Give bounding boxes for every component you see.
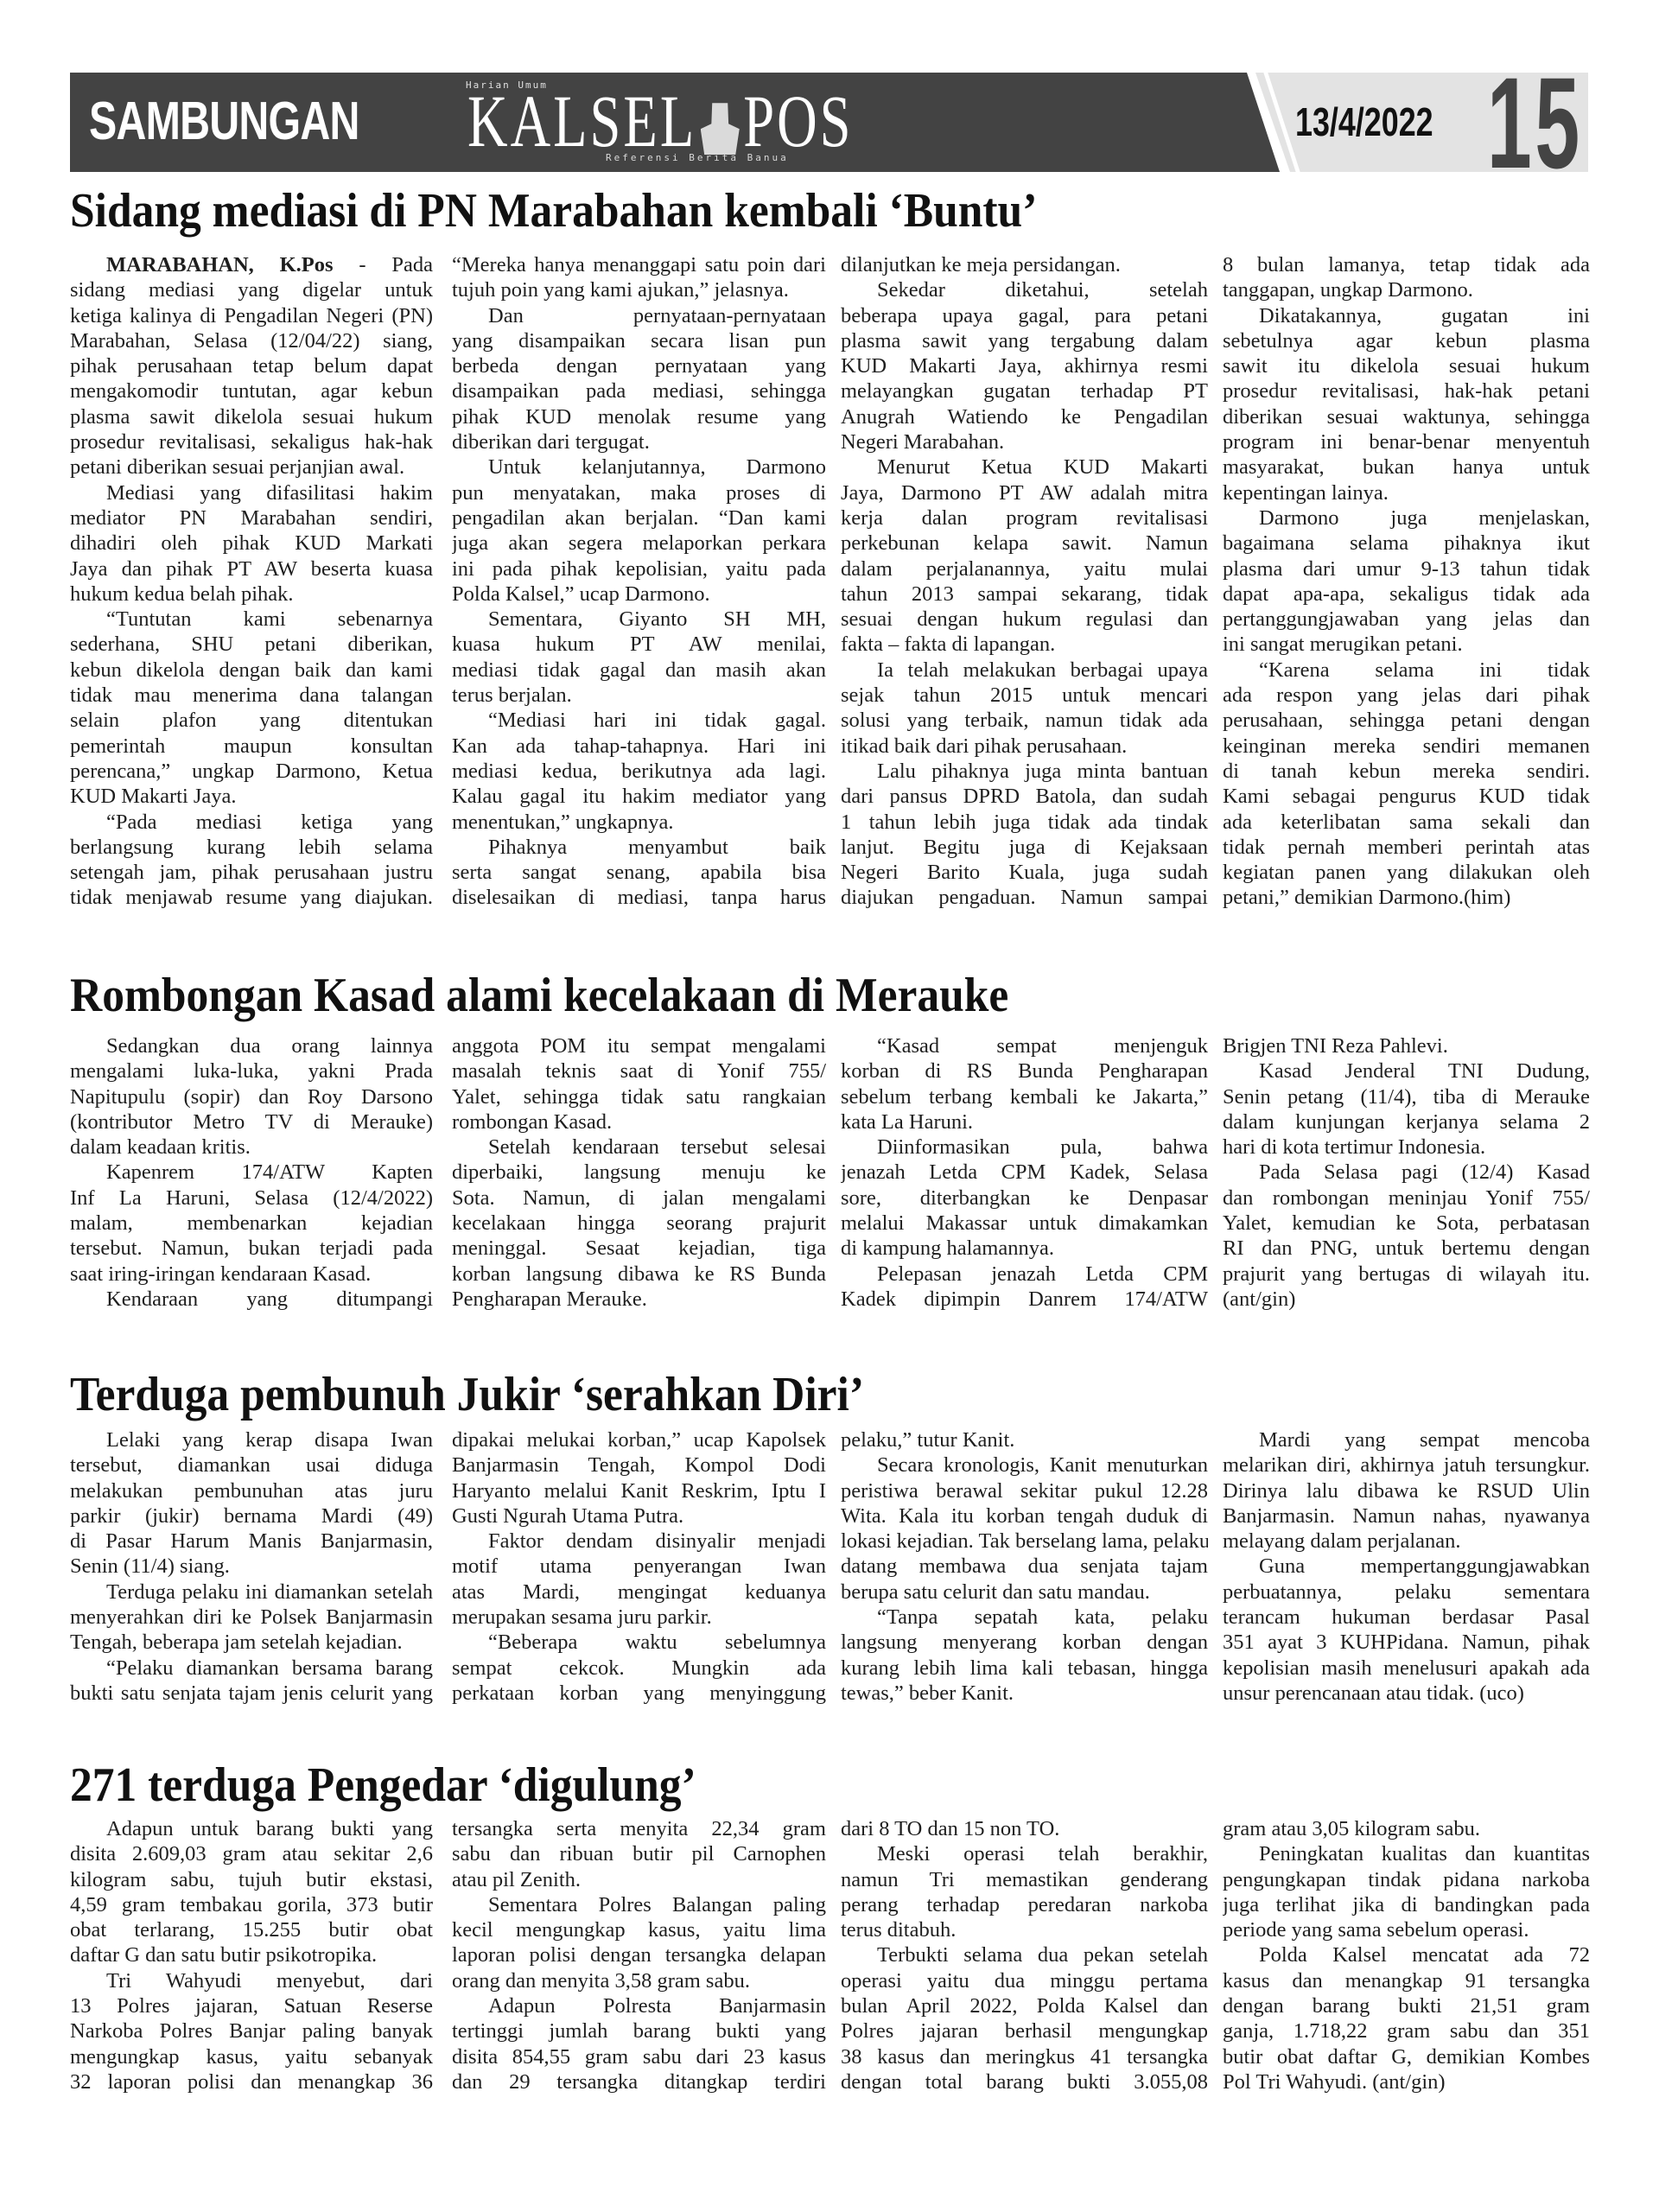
text-line: yang disampaikan secara lisan pun (452, 328, 826, 353)
text-line: unsur perencanaan atau tidak. (uco) (1223, 1681, 1590, 1706)
text-line: “Karena selama ini tidak (1223, 658, 1590, 683)
article-column: tersangka serta menyita 22,34 gramsabu d… (452, 1816, 826, 2094)
text-line: mengungkap kasus, yaitu sebanyak (70, 2044, 433, 2069)
text-line: ketiga kalinya di Pengadilan Negeri (PN) (70, 303, 433, 328)
text-line: ini pada pihak kepolisian, yaitu pada (452, 556, 826, 582)
text-line: Negeri Barito Kuala, juga sudah (841, 860, 1208, 885)
text-line: Kasad Jenderal TNI Dudung, (1223, 1058, 1590, 1084)
text-line: datang membawa dua senjata tajam (841, 1554, 1208, 1579)
text-line: kepolisian masih menelusuri apakah ada (1223, 1656, 1590, 1681)
article-column: anggota POM itu sempat mengalamimasalah … (452, 1033, 826, 1312)
text-line: Mediasi yang difasilitasi hakim (70, 480, 433, 505)
text-line: 32 laporan polisi dan menangkap 36 (70, 2069, 433, 2094)
text-line: Polda Kalsel mencatat ada 72 (1223, 1942, 1590, 1967)
text-line: 8 bulan lamanya, tetap tidak ada (1223, 252, 1590, 277)
text-line: Tri Wahyudi menyebut, dari (70, 1968, 433, 1993)
text-line: pihak perusahaan tetap belum dapat (70, 353, 433, 378)
text-line: Pihaknya menyambut baik (452, 835, 826, 860)
text-line: Menurut Ketua KUD Makarti (841, 454, 1208, 480)
text-line: Polres jajaran berhasil mengungkap (841, 2018, 1208, 2044)
text-line: butir obat daftar G, demikian Kombes (1223, 2044, 1590, 2069)
text-line: Banjarmasin Tengah, Kompol Dodi (452, 1452, 826, 1478)
text-line: ganja, 1.718,22 gram sabu dan 351 (1223, 2018, 1590, 2044)
article-column: Lelaki yang kerap disapa Iwantersebut, d… (70, 1427, 433, 1706)
text-line: perencana,” ungkap Darmono, Ketua (70, 759, 433, 784)
text-line: dihadiri oleh pihak KUD Markati (70, 531, 433, 556)
text-line: dari 8 TO dan 15 non TO. (841, 1816, 1208, 1841)
text-line: Guna mempertanggungjawabkan (1223, 1554, 1590, 1579)
text-line: peristiwa berawal sekitar pukul 12.28 (841, 1478, 1208, 1503)
text-line: Ia telah melakukan berbagai upaya (841, 658, 1208, 683)
text-line: kata La Haruni. (841, 1109, 1208, 1135)
text-line: perusahaan, sehingga petani dengan (1223, 708, 1590, 733)
text-line: Terbukti selama dua pekan setelah (841, 1942, 1208, 1967)
text-line: tidak mau menerima dana talangan (70, 683, 433, 708)
text-line: Marabahan, Selasa (12/04/22) siang, (70, 328, 433, 353)
text-line: (kontributor Metro TV di Merauke) (70, 1109, 433, 1135)
article-column: pelaku,” tutur Kanit.Secara kronologis, … (841, 1427, 1208, 1706)
text-line: lokasi kejadian. Tak berselang lama, pel… (841, 1529, 1208, 1554)
text-line: obat terlarang, 15.255 butir obat (70, 1917, 433, 1942)
text-line: Inf La Haruni, Selasa (12/4/2022) (70, 1185, 433, 1211)
text-line: melayangkan gugatan terhadap PT (841, 378, 1208, 404)
text-line: disampaikan pada mediasi, sehingga (452, 378, 826, 404)
text-line: kepentingan lainya. (1223, 480, 1590, 505)
logo-tagline-top: Harian Umum (466, 79, 548, 91)
text-line: tahun 2013 sampai sekarang, tidak (841, 582, 1208, 607)
text-line: Pada Selasa pagi (12/4) Kasad (1223, 1160, 1590, 1185)
text-line: Sekedar diketahui, setelah (841, 277, 1208, 302)
text-line: dengan barang bukti 21,51 gram (1223, 1993, 1590, 2018)
text-line: Anugrah Watiendo ke Pengadilan (841, 404, 1208, 429)
text-line: laporan polisi dengan tersangka delapan (452, 1942, 826, 1967)
text-line: fakta – fakta di lapangan. (841, 632, 1208, 657)
text-line: terancam hukuman berdasar Pasal (1223, 1605, 1590, 1630)
text-line: Sementara Polres Balangan paling (452, 1892, 826, 1917)
text-line: KUD Makarti Jaya. (70, 784, 433, 809)
text-line: Meski operasi telah berakhir, (841, 1841, 1208, 1866)
text-line: MARABAHAN, K.Pos - Pada (70, 252, 433, 277)
text-line: petani,” demikian Darmono.(him) (1223, 885, 1590, 910)
text-line: “Pada mediasi ketiga yang (70, 810, 433, 835)
article-column: dari 8 TO dan 15 non TO.Meski operasi te… (841, 1816, 1208, 2094)
article-headline: 271 terduga Pengedar ‘digulung’ (70, 1758, 696, 1813)
text-line: Sota. Namun, di jalan mengalami (452, 1185, 826, 1211)
newspaper-logo: KALSELPOS Harian Umum Referensi Berita B… (277, 73, 882, 172)
text-line: motif utama penyerangan Iwan (452, 1554, 826, 1579)
text-line: Tengah, beberapa jam setelah kejadian. (70, 1630, 433, 1655)
text-line: prosedur revitalisasi, hak-hak petani (1223, 378, 1590, 404)
text-line: mediasi tidak gagal dan masih akan (452, 658, 826, 683)
text-line: juga terlihat jika di bandingkan pada (1223, 1892, 1590, 1917)
text-line: “Mediasi hari ini tidak gagal. (452, 708, 826, 733)
text-line: berlangsung kurang lebih selama (70, 835, 433, 860)
text-line: perkebunan kelapa sawit. Namun (841, 531, 1208, 556)
text-line: Pengharapan Merauke. (452, 1287, 826, 1312)
text-line: Adapun untuk barang bukti yang (70, 1816, 433, 1841)
text-line: Banjarmasin. Namun nahas, nyawanya (1223, 1503, 1590, 1529)
article-column: 8 bulan lamanya, tetap tidak adatanggapa… (1223, 252, 1590, 911)
text-line: plasma sawit dikelola sesuai hukum (70, 404, 433, 429)
text-line: Yalet, sehingga tidak satu rangkaian (452, 1084, 826, 1109)
article-column: Mardi yang sempat mencobamelarikan diri,… (1223, 1427, 1590, 1706)
text-line: petani diberikan sesuai perjanjian awal. (70, 454, 433, 480)
text-line: 1 tahun lebih juga tidak ada tindak (841, 810, 1208, 835)
text-line: Gusti Ngurah Utama Putra. (452, 1503, 826, 1529)
text-line: bukti satu senjata tajam jenis celurit y… (70, 1681, 433, 1706)
text-line: mediasi kedua, berikutnya ada lagi. (452, 759, 826, 784)
text-line: pun menyatakan, maka proses di (452, 480, 826, 505)
text-line: sabu dan ribuan butir pil Carnophen (452, 1841, 826, 1866)
text-line: melayang dalam perjalanan. (1223, 1529, 1590, 1554)
text-line: daftar G dan satu butir psikotropika. (70, 1942, 433, 1967)
text-line: perang terhadap peredaran narkoba (841, 1892, 1208, 1917)
text-line: Diinformasikan pula, bahwa (841, 1135, 1208, 1160)
text-line: 351 ayat 3 KUHPidana. Namun, pihak (1223, 1630, 1590, 1655)
text-line: kurang lebih lima kali tebasan, hingga (841, 1656, 1208, 1681)
text-line: pengungkapan tindak pidana narkoba (1223, 1867, 1590, 1892)
text-line: merupakan sesama juru parkir. (452, 1605, 826, 1630)
text-line: korban langsung dibawa ke RS Bunda (452, 1262, 826, 1287)
text-line: Darmono juga menjelaskan, (1223, 505, 1590, 531)
text-line: berbeda dengan pernyataan yang (452, 353, 826, 378)
text-line: dan 29 tersangka ditangkap terdiri (452, 2069, 826, 2094)
text-line: sore, diterbangkan ke Denpasar (841, 1185, 1208, 1211)
text-line: Senin petang (11/4), tiba di Merauke (1223, 1084, 1590, 1109)
text-line: disita 2.609,03 gram atau sekitar 2,6 (70, 1841, 433, 1866)
text-line: plasma sawit yang tergabung dalam (841, 328, 1208, 353)
text-line: 4,59 gram tembakau gorila, 373 butir (70, 1892, 433, 1917)
text-line: di kampung halamannya. (841, 1236, 1208, 1261)
text-line: Untuk kelanjutannya, Darmono (452, 454, 826, 480)
text-line: bulan April 2022, Polda Kalsel dan (841, 1993, 1208, 2018)
article-headline: Rombongan Kasad alami kecelakaan di Mera… (70, 968, 1008, 1023)
text-line: sejak tahun 2015 untuk mencari (841, 683, 1208, 708)
text-line: malam, membenarkan kejadian (70, 1211, 433, 1236)
text-line: Dirinya lalu dibawa ke RSUD Ulin (1223, 1478, 1590, 1503)
text-line: Setelah kendaraan tersebut selesai (452, 1135, 826, 1160)
text-line: pengadilan akan berjalan. “Dan kami (452, 505, 826, 531)
text-line: “Kasad sempat menjenguk (841, 1033, 1208, 1058)
text-line: Dikatakannya, gugatan ini (1223, 303, 1590, 328)
text-line: Narkoba Polres Banjar paling banyak (70, 2018, 433, 2044)
text-line: langsung menyerang korban dengan (841, 1630, 1208, 1655)
text-line: orang dan menyita 3,58 gram sabu. (452, 1968, 826, 1993)
text-line: dan rombongan meninjau Yonif 755/ (1223, 1185, 1590, 1211)
text-line: masalah teknis saat di Yonif 755/ (452, 1058, 826, 1084)
text-line: “Tuntutan kami sebenarnya (70, 607, 433, 632)
text-line: Kan ada tahap-tahapnya. Hari ini (452, 734, 826, 759)
text-line: rombongan Kasad. (452, 1109, 826, 1135)
text-line: di Pasar Harum Manis Banjarmasin, (70, 1529, 433, 1554)
logo-tagline-bottom: Referensi Berita Banua (606, 152, 789, 163)
text-line: sesuai dengan hukum regulasi dan (841, 607, 1208, 632)
text-line: diselesaikan di mediasi, tanpa harus (452, 885, 826, 910)
text-line: anggota POM itu sempat mengalami (452, 1033, 826, 1058)
text-line: lanjut. Begitu juga di Kejaksaan (841, 835, 1208, 860)
text-line: bagaimana selama pihaknya ikut (1223, 531, 1590, 556)
text-line: pemerintah maupun konsultan (70, 734, 433, 759)
text-line: dapat apa-apa, sekaligus tidak ada (1223, 582, 1590, 607)
text-line: “Pelaku diamankan bersama barang (70, 1656, 433, 1681)
text-line: Kalau gagal itu hakim mediator yang (452, 784, 826, 809)
text-line: plasma dari umur 9-13 tahun tidak (1223, 556, 1590, 582)
text-line: Adapun Polresta Banjarmasin (452, 1993, 826, 2018)
text-line: Napitupulu (sopir) dan Roy Darsono (70, 1084, 433, 1109)
text-line: menentukan,” ungkapnya. (452, 810, 826, 835)
text-line: RI dan PNG, untuk bertemu dengan (1223, 1236, 1590, 1261)
text-line: dalam keadaan kritis. (70, 1135, 433, 1160)
text-line: dipakai melukai korban,” ucap Kapolsek (452, 1427, 826, 1452)
text-line: “Mereka hanya menanggapi satu poin dari (452, 252, 826, 277)
text-line: Brigjen TNI Reza Pahlevi. (1223, 1033, 1590, 1058)
text-line: selain plafon yang ditentukan (70, 708, 433, 733)
article-headline: Terduga pembunuh Jukir ‘serahkan Diri’ (70, 1367, 864, 1422)
text-line: tersangka serta menyita 22,34 gram (452, 1816, 826, 1841)
text-line: beberapa upaya gagal, para petani (841, 303, 1208, 328)
text-line: parkir (jukir) bernama Mardi (49) (70, 1503, 433, 1529)
text-line: kasus dan menangkap 91 tersangka (1223, 1968, 1590, 1993)
text-line: tersebut, diamankan usai diduga (70, 1452, 433, 1478)
text-line: periode yang sama sebelum operasi. (1223, 1917, 1590, 1942)
text-line: tersebut. Namun, bukan terjadi pada (70, 1236, 433, 1261)
text-line: juga akan segera melaporkan perkara (452, 531, 826, 556)
text-line: program ini benar-benar menyentuh (1223, 429, 1590, 454)
text-line: Negeri Marabahan. (841, 429, 1208, 454)
text-line: meninggal. Sesaat kejadian, tiga (452, 1236, 826, 1261)
text-line: 13 Polres jajaran, Satuan Reserse (70, 1993, 433, 2018)
text-line: diberikan dari tergugat. (452, 429, 826, 454)
text-line: hari di kota tertimur Indonesia. (1223, 1135, 1590, 1160)
text-line: atas Mardi, mengingat keduanya (452, 1580, 826, 1605)
masthead: SAMBUNGAN KALSELPOS Harian Umum Referens… (70, 73, 1588, 172)
text-line: solusi yang terbaik, namun tidak ada (841, 708, 1208, 733)
text-line: sebetulnya agar kebun plasma (1223, 328, 1590, 353)
text-line: (ant/gin) (1223, 1287, 1590, 1312)
text-line: masyarakat, bukan hanya untuk (1223, 454, 1590, 480)
text-line: Faktor dendam disinyalir menjadi (452, 1529, 826, 1554)
text-line: kerja dalan program revitalisasi (841, 505, 1208, 531)
text-line: diajukan pengaduan. Namun sampai (841, 885, 1208, 910)
text-line: saat iring-iringan kendaraan Kasad. (70, 1262, 433, 1287)
text-line: Sementara, Giyanto SH MH, (452, 607, 826, 632)
text-line: korban di RS Bunda Pengharapan (841, 1058, 1208, 1084)
text-line: mediator PN Marabahan sendiri, (70, 505, 433, 531)
text-line: Pelepasan jenazah Letda CPM (841, 1262, 1208, 1287)
text-line: dalam kunjungan kerjanya selama 2 (1223, 1109, 1590, 1135)
text-line: melarikan diri, akhirnya jatuh tersungku… (1223, 1452, 1590, 1478)
text-line: kecil mengungkap kasus, yaitu lima (452, 1917, 826, 1942)
text-line: prajurit yang bertugas di wilayah itu. (1223, 1262, 1590, 1287)
text-line: Wita. Kala itu korban tengah duduk di (841, 1503, 1208, 1529)
text-line: perkataan korban yang menyinggung (452, 1681, 826, 1706)
text-line: kilogram sabu, tujuh butir ekstasi, (70, 1867, 433, 1892)
article-column: Brigjen TNI Reza Pahlevi.Kasad Jenderal … (1223, 1033, 1590, 1312)
text-line: Mardi yang sempat mencoba (1223, 1427, 1590, 1452)
text-line: dengan total barang bukti 3.055,08 (841, 2069, 1208, 2094)
article-column: dilanjutkan ke meja persidangan.Sekedar … (841, 252, 1208, 911)
text-line: dilanjutkan ke meja persidangan. (841, 252, 1208, 277)
text-line: prosedur revitalisasi, sekaligus hak-hak (70, 429, 433, 454)
text-line: ada respon yang jelas dari pihak (1223, 683, 1590, 708)
text-line: sidang mediasi yang digelar untuk (70, 277, 433, 302)
text-line: hukum kedua belah pihak. (70, 582, 433, 607)
text-line: tidak pernah memberi perintah atas (1223, 835, 1590, 860)
text-line: diperbaiki, langsung menuju ke (452, 1160, 826, 1185)
logo-wordmark: KALSELPOS (467, 79, 854, 162)
text-line: diberikan sesuai waktunya, sehingga (1223, 404, 1590, 429)
text-line: tewas,” beber Kanit. (841, 1681, 1208, 1706)
text-line: terus ditabuh. (841, 1917, 1208, 1942)
text-line: Senin (11/4) siang. (70, 1554, 433, 1579)
text-line: sederhana, SHU petani diberikan, (70, 632, 433, 657)
article-column: Adapun untuk barang bukti yangdisita 2.6… (70, 1816, 433, 2094)
text-line: itikad baik dari pihak perusahaan. (841, 734, 1208, 759)
text-line: di tanah kebun mereka sendiri. (1223, 759, 1590, 784)
text-line: Jaya dan pihak PT AW beserta kuasa (70, 556, 433, 582)
text-line: pihak KUD menolak resume yang (452, 404, 826, 429)
text-line: Yalet, kemudian ke Sota, perbatasan (1223, 1211, 1590, 1236)
text-line: kebun dikelola dengan baik dan kami (70, 658, 433, 683)
text-line: 38 kasus dan meringkus 41 tersangka (841, 2044, 1208, 2069)
text-line: jenazah Letda CPM Kadek, Selasa (841, 1160, 1208, 1185)
text-line: tanggapan, ungkap Darmono. (1223, 277, 1590, 302)
text-line: ada keterlibatan sama sekali dan (1223, 810, 1590, 835)
text-line: Jaya, Darmono PT AW adalah mitra (841, 480, 1208, 505)
text-line: dari pansus DPRD Batola, dan sudah (841, 784, 1208, 809)
text-line: terus berjalan. (452, 683, 826, 708)
text-line: KUD Makarti Jaya, akhirnya resmi (841, 353, 1208, 378)
text-line: Secara kronologis, Kanit menuturkan (841, 1452, 1208, 1478)
text-line: melalui Makassar untuk dimakamkan (841, 1211, 1208, 1236)
text-line: Lelaki yang kerap disapa Iwan (70, 1427, 433, 1452)
text-line-rest: - Pada (334, 253, 433, 276)
page-number: 15 (1487, 69, 1583, 176)
issue-date: 13/4/2022 (1295, 99, 1433, 145)
text-line: kegiatan panen yang dilakukan oleh (1223, 860, 1590, 885)
article-column: gram atau 3,05 kilogram sabu.Peningkatan… (1223, 1816, 1590, 2094)
text-line: kecelakaan hingga seorang prajurit (452, 1211, 826, 1236)
text-line: dalam perjalanannya, yaitu mulai (841, 556, 1208, 582)
text-line: namun Tri memastikan genderang (841, 1867, 1208, 1892)
text-line: ini sangat merugikan petani. (1223, 632, 1590, 657)
text-line: disita 854,55 gram sabu dari 23 kasus (452, 2044, 826, 2069)
house-emblem-icon (701, 103, 740, 155)
text-line: atau pil Zenith. (452, 1867, 826, 1892)
text-line: Haryanto melalui Kanit Reskrim, Iptu I (452, 1478, 826, 1503)
text-line: Kadek dipimpin Danrem 174/ATW (841, 1287, 1208, 1312)
article-column: MARABAHAN, K.Pos - Padasidang mediasi ya… (70, 252, 433, 911)
text-line: sawit itu dikelola sesuai hukum (1223, 353, 1590, 378)
text-line: Sedangkan dua orang lainnya (70, 1033, 433, 1058)
text-line: tertinggi jumlah barang bukti yang (452, 2018, 826, 2044)
text-line: serta sangat senang, apabila bisa (452, 860, 826, 885)
article-column: Sedangkan dua orang lainnyamengalami luk… (70, 1033, 433, 1312)
dateline: MARABAHAN, K.Pos (106, 253, 334, 276)
text-line: Peningkatan kualitas dan kuantitas (1223, 1841, 1590, 1866)
text-line: Polda Kalsel,” ucap Darmono. (452, 582, 826, 607)
logo-text-left: KALSEL (467, 79, 696, 162)
text-line: tujuh poin yang kami ajukan,” jelasnya. (452, 277, 826, 302)
text-line: kuasa hukum PT AW menilai, (452, 632, 826, 657)
text-line: Lalu pihaknya juga minta bantuan (841, 759, 1208, 784)
text-line: sebelum terbang kembali ke Jakarta,” (841, 1084, 1208, 1109)
text-line: Kami sebagai pengurus KUD tidak (1223, 784, 1590, 809)
text-line: keinginan mereka sendiri memanen (1223, 734, 1590, 759)
text-line: mengakomodir tuntutan, agar kebun (70, 378, 433, 404)
article-headline: Sidang mediasi di PN Marabahan kembali ‘… (70, 183, 1037, 238)
article-column: dipakai melukai korban,” ucap KapolsekBa… (452, 1427, 826, 1706)
text-line: menyerahkan diri ke Polsek Banjarmasin (70, 1605, 433, 1630)
text-line: pelaku,” tutur Kanit. (841, 1427, 1208, 1452)
article-column: “Mereka hanya menanggapi satu poin darit… (452, 252, 826, 911)
text-line: pertanggungjawaban yang jelas dan (1223, 607, 1590, 632)
text-line: “Beberapa waktu sebelumnya (452, 1630, 826, 1655)
article-column: “Kasad sempat menjengukkorban di RS Bund… (841, 1033, 1208, 1312)
text-line: melakukan pembunuhan atas juru (70, 1478, 433, 1503)
text-line: operasi yaitu dua minggu pertama (841, 1968, 1208, 1993)
text-line: Pol Tri Wahyudi. (ant/gin) (1223, 2069, 1590, 2094)
text-line: Dan pernyataan-pernyataan (452, 303, 826, 328)
text-line: Kendaraan yang ditumpangi (70, 1287, 433, 1312)
text-line: sempat cekcok. Mungkin ada (452, 1656, 826, 1681)
logo-text-right: POS (743, 79, 853, 162)
text-line: “Tanpa sepatah kata, pelaku (841, 1605, 1208, 1630)
text-line: gram atau 3,05 kilogram sabu. (1223, 1816, 1590, 1841)
text-line: tidak menjawab resume yang diajukan. (70, 885, 433, 910)
text-line: berupa satu celurit dan satu mandau. (841, 1580, 1208, 1605)
text-line: perbuatannya, pelaku sementara (1223, 1580, 1590, 1605)
text-line: mengalami luka-luka, yakni Prada (70, 1058, 433, 1084)
text-line: Terduga pelaku ini diamankan setelah (70, 1580, 433, 1605)
text-line: setengah jam, pihak perusahaan justru (70, 860, 433, 885)
text-line: Kapenrem 174/ATW Kapten (70, 1160, 433, 1185)
